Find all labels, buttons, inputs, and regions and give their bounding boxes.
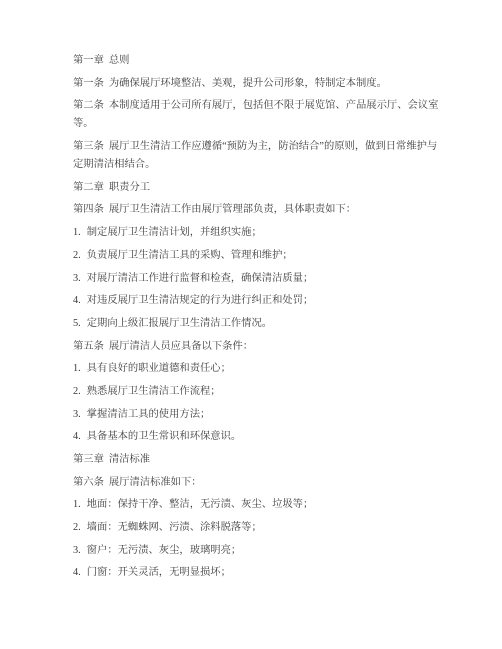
chapter-title: 总则 <box>109 55 130 66</box>
list-item-text: 具备基本的卫生常识和环保意识。 <box>87 431 241 442</box>
list-item-text: 地面：保持干净、整洁，无污渍、灰尘、垃圾等； <box>87 499 314 510</box>
article-paragraph: 第四条展厅卫生清洁工作由展厅管理部负责，具体职责如下： <box>73 201 439 219</box>
list-item-number: 2. <box>73 386 81 397</box>
list-item-number: 3. <box>73 545 81 556</box>
chapter-title: 清洁标准 <box>109 454 150 465</box>
article-paragraph: 第一条为确保展厅环境整洁、美观，提升公司形象，特制定本制度。 <box>73 75 439 93</box>
list-item: 4.门窗：开关灵活，无明显损坏； <box>73 564 439 582</box>
article-paragraph: 第六条展厅清洁标准如下： <box>73 474 439 492</box>
list-item: 4.具备基本的卫生常识和环保意识。 <box>73 428 439 446</box>
chapter-label: 第三章 <box>73 454 104 465</box>
list-item-text: 定期向上级汇报展厅卫生清洁工作情况。 <box>87 318 272 329</box>
list-item-number: 5. <box>73 318 81 329</box>
article-label: 第五条 <box>73 341 104 352</box>
list-item-text: 门窗：开关灵活，无明显损坏； <box>87 567 231 578</box>
list-item-number: 2. <box>73 522 81 533</box>
document-page: 第一章总则 第一条为确保展厅环境整洁、美观，提升公司形象，特制定本制度。 第二条… <box>0 0 502 649</box>
list-item-number: 4. <box>73 431 81 442</box>
list-item-number: 1. <box>73 227 81 238</box>
list-item-number: 4. <box>73 295 81 306</box>
article-label: 第一条 <box>73 78 104 89</box>
article-paragraph: 第三条展厅卫生清洁工作应遵循“预防为主，防治结合”的原则，做到日常维护与定期清洁… <box>73 138 439 174</box>
chapter-heading: 第三章清洁标准 <box>73 451 439 469</box>
list-item-number: 2. <box>73 250 81 261</box>
list-item-number: 3. <box>73 273 81 284</box>
list-item: 2.熟悉展厅卫生清洁工作流程； <box>73 383 439 401</box>
article-text: 展厅卫生清洁工作应遵循“预防为主，防治结合”的原则，做到日常维护与定期清洁相结合… <box>73 141 437 170</box>
article-text: 本制度适用于公司所有展厅，包括但不限于展览馆、产品展示厅、会议室等。 <box>73 100 438 129</box>
list-item-text: 掌握清洁工具的使用方法； <box>87 409 211 420</box>
list-item-text: 具有良好的职业道德和责任心； <box>87 363 231 374</box>
chapter-title: 职责分工 <box>109 182 150 193</box>
article-text: 展厅清洁标准如下： <box>109 477 202 488</box>
article-text: 展厅卫生清洁工作由展厅管理部负责，具体职责如下： <box>109 204 356 215</box>
list-item-text: 负责展厅卫生清洁工具的采购、管理和维护； <box>87 250 293 261</box>
list-item: 1.具有良好的职业道德和责任心； <box>73 360 439 378</box>
list-item-number: 3. <box>73 409 81 420</box>
chapter-label: 第一章 <box>73 55 104 66</box>
article-label: 第三条 <box>73 141 104 152</box>
list-item-text: 窗户：无污渍、灰尘，玻璃明亮； <box>87 545 241 556</box>
list-item-text: 熟悉展厅卫生清洁工作流程； <box>87 386 221 397</box>
list-item: 5.定期向上级汇报展厅卫生清洁工作情况。 <box>73 315 439 333</box>
article-paragraph: 第二条本制度适用于公司所有展厅，包括但不限于展览馆、产品展示厅、会议室等。 <box>73 97 439 133</box>
article-text: 展厅清洁人员应具备以下条件： <box>109 341 253 352</box>
list-item-text: 对违反展厅卫生清洁规定的行为进行纠正和处罚； <box>87 295 314 306</box>
list-item: 3.掌握清洁工具的使用方法； <box>73 406 439 424</box>
article-label: 第六条 <box>73 477 104 488</box>
list-item-number: 1. <box>73 499 81 510</box>
list-item: 4.对违反展厅卫生清洁规定的行为进行纠正和处罚； <box>73 292 439 310</box>
list-item-text: 对展厅清洁工作进行监督和检查，确保清洁质量； <box>87 273 314 284</box>
article-label: 第二条 <box>73 100 104 111</box>
list-item-number: 4. <box>73 567 81 578</box>
list-item: 3.对展厅清洁工作进行监督和检查，确保清洁质量； <box>73 270 439 288</box>
article-paragraph: 第五条展厅清洁人员应具备以下条件： <box>73 338 439 356</box>
chapter-label: 第二章 <box>73 182 104 193</box>
chapter-heading: 第一章总则 <box>73 52 439 70</box>
list-item: 2.负责展厅卫生清洁工具的采购、管理和维护； <box>73 247 439 265</box>
list-item: 1.地面：保持干净、整洁，无污渍、灰尘、垃圾等； <box>73 496 439 514</box>
article-label: 第四条 <box>73 204 104 215</box>
list-item-text: 墙面：无蜘蛛网、污渍、涂料脱落等； <box>87 522 262 533</box>
chapter-heading: 第二章职责分工 <box>73 179 439 197</box>
article-text: 为确保展厅环境整洁、美观，提升公司形象，特制定本制度。 <box>109 78 387 89</box>
list-item: 1.制定展厅卫生清洁计划，并组织实施； <box>73 224 439 242</box>
list-item: 3.窗户：无污渍、灰尘，玻璃明亮； <box>73 542 439 560</box>
list-item: 2.墙面：无蜘蛛网、污渍、涂料脱落等； <box>73 519 439 537</box>
list-item-number: 1. <box>73 363 81 374</box>
list-item-text: 制定展厅卫生清洁计划，并组织实施； <box>87 227 262 238</box>
